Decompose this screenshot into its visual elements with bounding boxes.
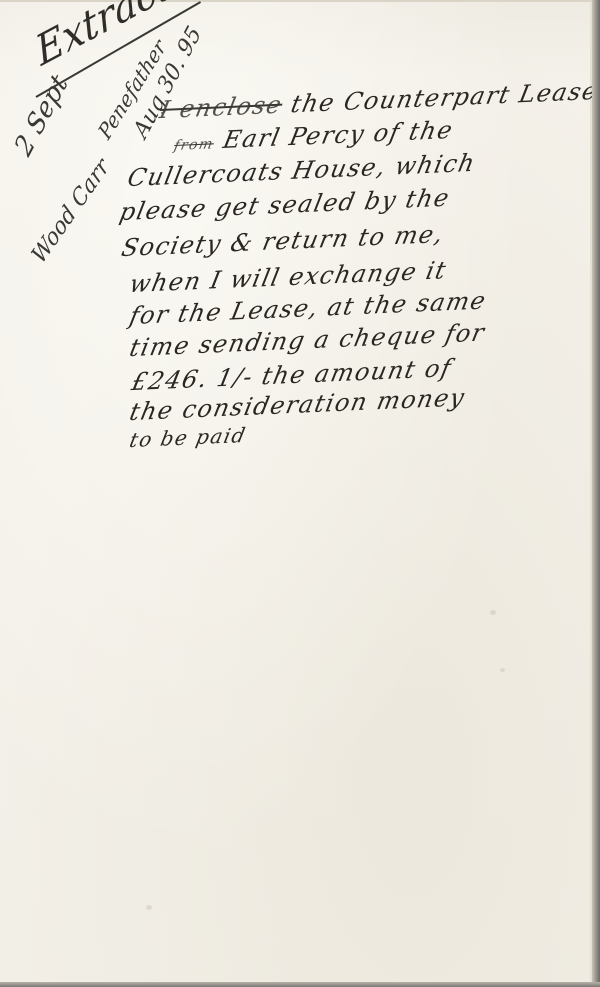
line-text: Earl Percy of the (221, 116, 456, 154)
paper-stain (146, 905, 152, 910)
annotation-date-september: 2 Sept (9, 69, 73, 162)
letter-page: Extracted 2 Sept Penefather Aug 30. 95 W… (0, 0, 592, 982)
letter-line-11: to be paid (128, 423, 249, 452)
letter-line-5: Society & return to me, (119, 220, 447, 262)
letter-line-1: I enclose the Counterpart Lease (157, 77, 600, 124)
paper-stain (500, 668, 505, 672)
struck-text: from (173, 136, 216, 154)
page-edge-right (592, 0, 600, 987)
annotation-wood-carr: Wood Carr (28, 154, 115, 269)
paper-stain (490, 610, 496, 615)
page-edge-bottom (0, 982, 600, 987)
letter-line-2: from Earl Percy of the (172, 116, 456, 156)
struck-text: I enclose (157, 91, 285, 125)
line-text: the Counterpart Lease (288, 77, 600, 119)
